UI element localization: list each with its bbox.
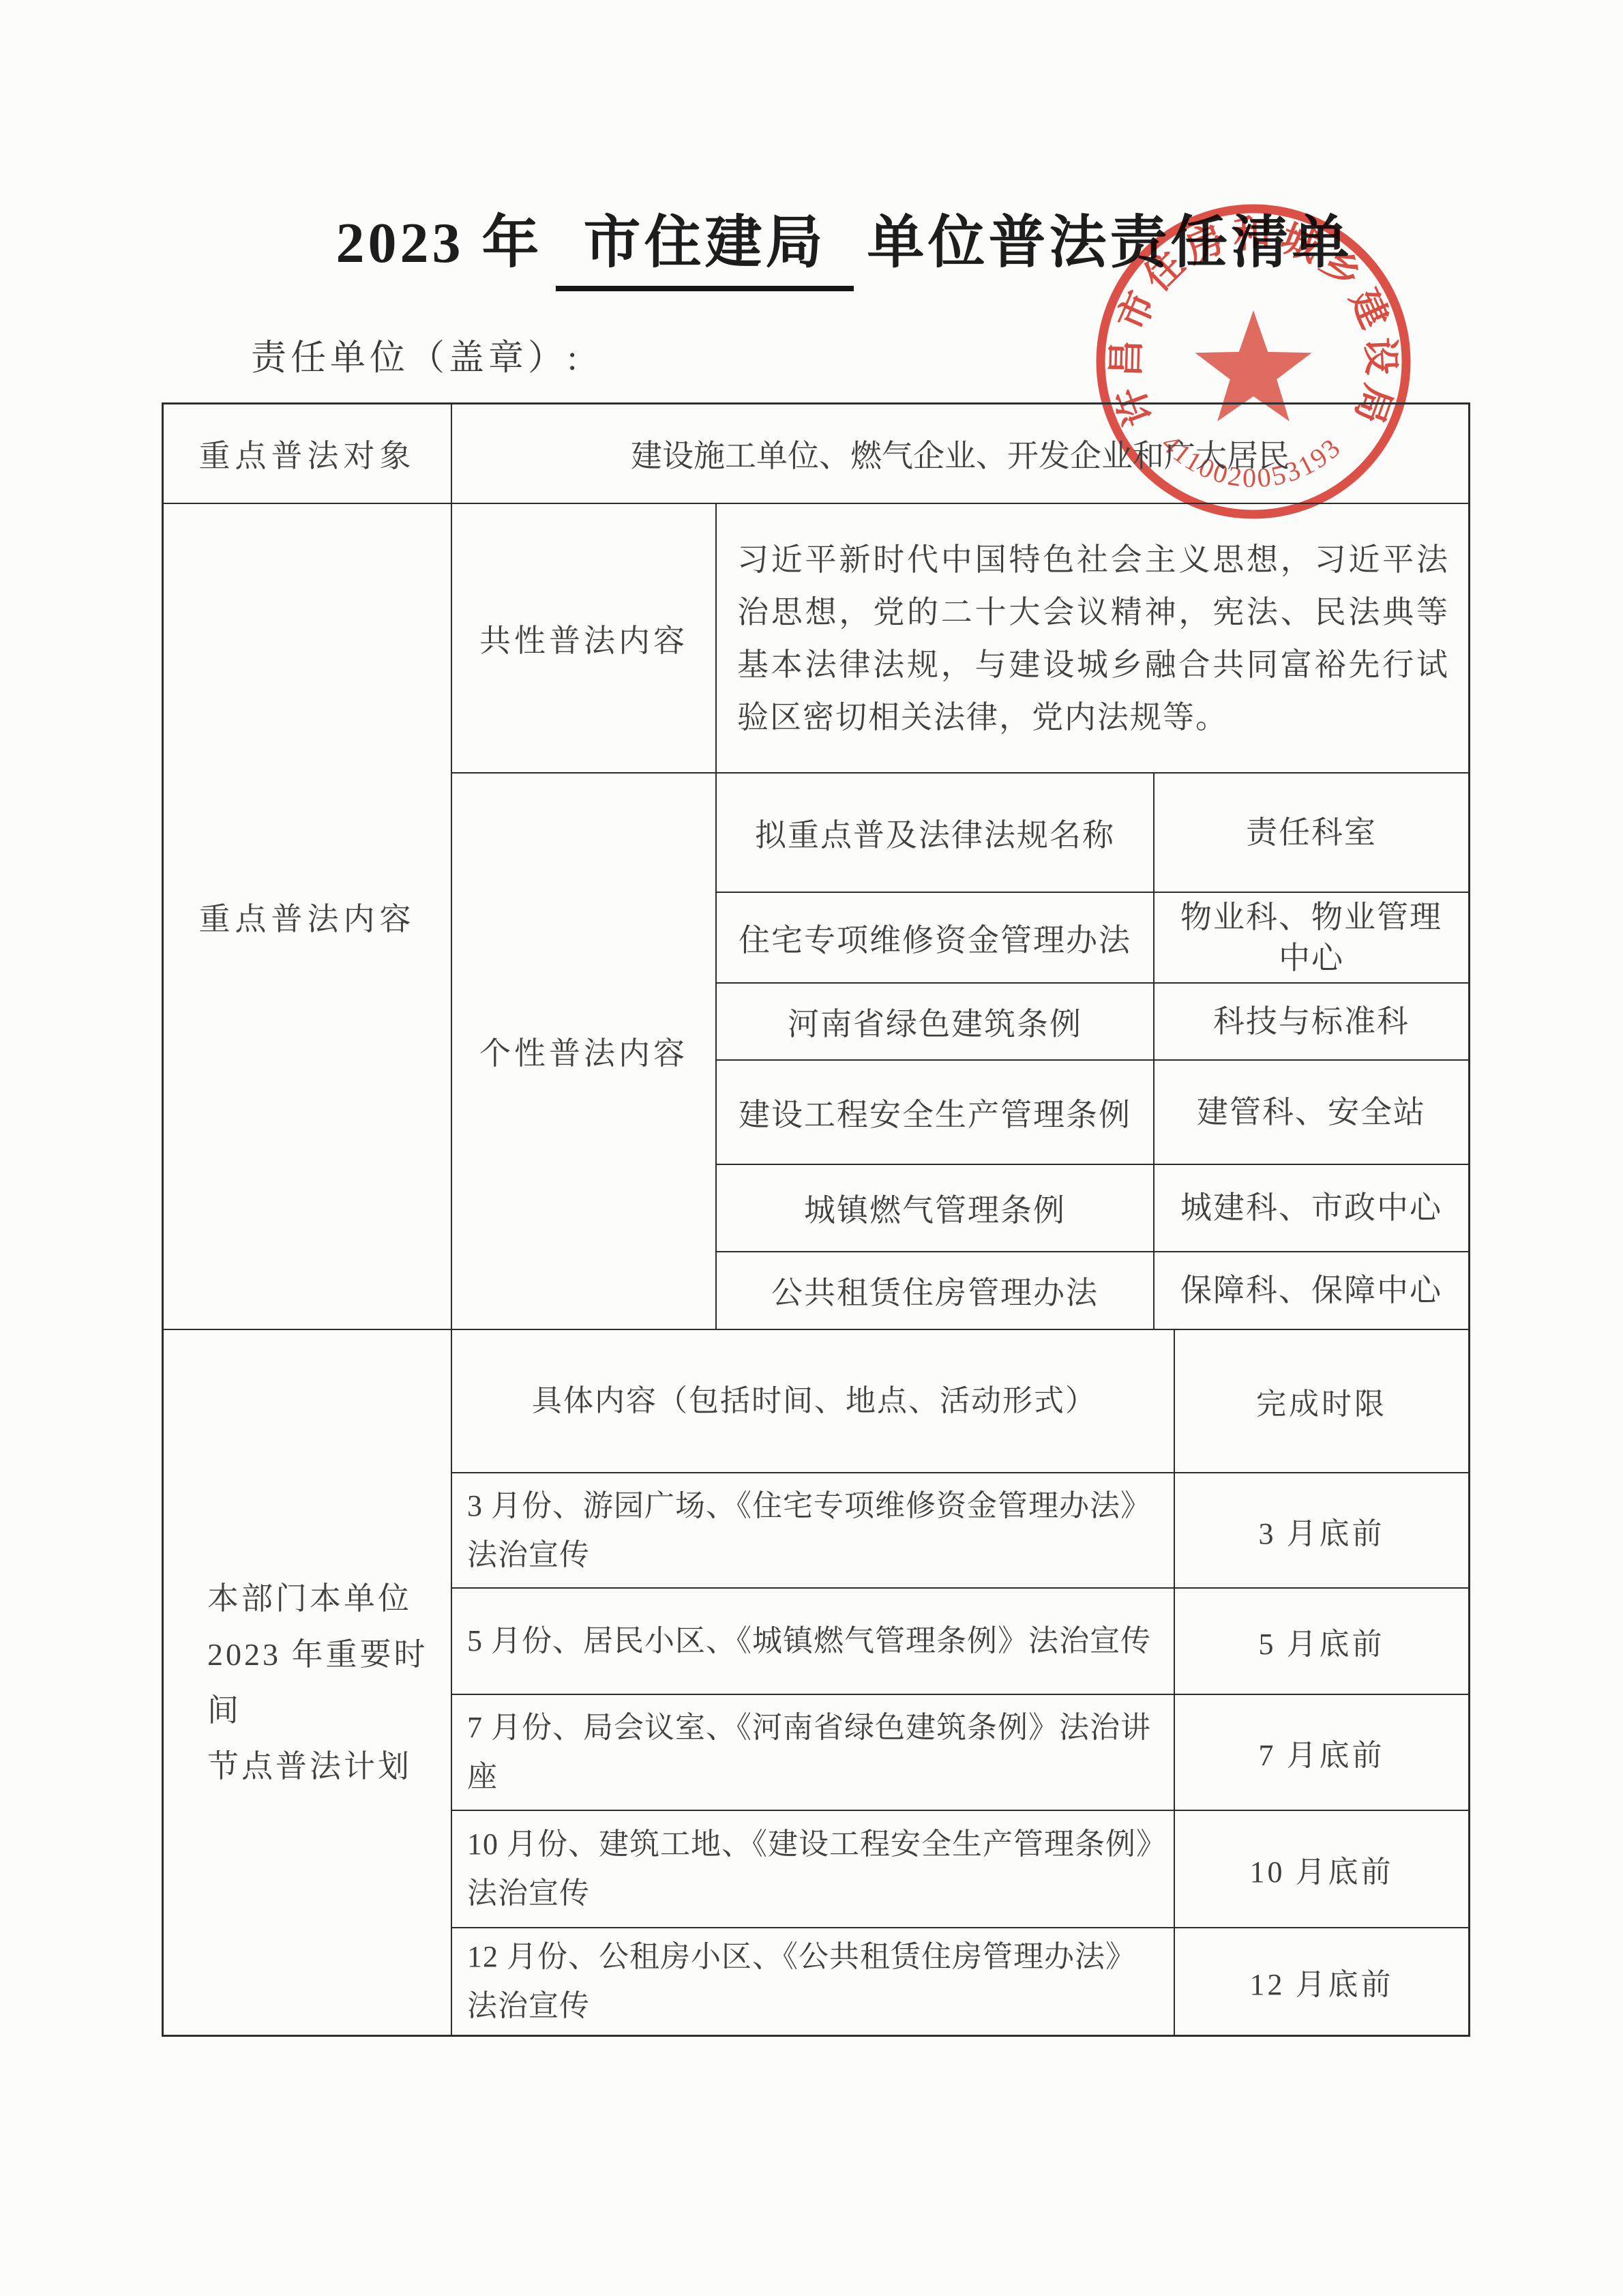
title-rest: 单位普法责任清单 bbox=[863, 196, 1357, 279]
plan-content-cell: 7 月份、局会议室、《河南省绿色建筑条例》法治讲座 bbox=[452, 1695, 1175, 1810]
content-type-column: 共性普法内容 个性普法内容 bbox=[452, 504, 717, 1329]
target-label-cell: 重点普法对象 bbox=[164, 404, 452, 503]
section-plan: 本部门本单位 2023 年重要时间 节点普法计划 具体内容（包括时间、地点、活动… bbox=[164, 1329, 1468, 2035]
plan-content-cell: 5 月份、居民小区、《城镇燃气管理条例》法治宣传 bbox=[452, 1589, 1175, 1694]
plan-deadline-cell: 7 月底前 bbox=[1175, 1695, 1468, 1810]
law-name-cell: 建设工程安全生产管理条例 bbox=[717, 1061, 1155, 1164]
document-page: 2023 年 市住建局 单位普法责任清单 责任单位（盖章）: 许昌市住房和城乡建… bbox=[0, 0, 1623, 2296]
table-row: 10 月份、建筑工地、《建设工程安全生产管理条例》法治宣传 10 月底前 bbox=[452, 1810, 1468, 1927]
plan-content-header: 具体内容（包括时间、地点、活动形式） bbox=[452, 1330, 1175, 1472]
section-content: 重点普法内容 共性普法内容 个性普法内容 习近平新时代中国特色社会主义思想，习近… bbox=[164, 503, 1468, 1329]
table-row: 7 月份、局会议室、《河南省绿色建筑条例》法治讲座 7 月底前 bbox=[452, 1694, 1468, 1810]
title-bureau-underlined: 市住建局 bbox=[556, 196, 853, 291]
law-name-header: 拟重点普及法律法规名称 bbox=[717, 774, 1155, 892]
responsibility-table: 重点普法对象 建设施工单位、燃气企业、开发企业和广大居民 重点普法内容 共性普法… bbox=[162, 402, 1470, 2037]
law-name-cell: 河南省绿色建筑条例 bbox=[717, 984, 1155, 1059]
subtable-header-row: 拟重点普及法律法规名称 责任科室 bbox=[717, 774, 1468, 892]
plan-deadline-header: 完成时限 bbox=[1175, 1330, 1468, 1472]
page-title: 2023 年 市住建局 单位普法责任清单 bbox=[33, 196, 1623, 291]
title-year: 2023 年 bbox=[331, 196, 546, 279]
law-name-cell: 住宅专项维修资金管理办法 bbox=[717, 893, 1155, 982]
common-content-label: 共性普法内容 bbox=[452, 504, 715, 774]
plan-label-line: 本部门本单位 bbox=[207, 1571, 451, 1627]
stamp-label: 责任单位（盖章）: bbox=[251, 329, 581, 380]
table-row: 城镇燃气管理条例 城建科、市政中心 bbox=[717, 1164, 1468, 1251]
table-row: 5 月份、居民小区、《城镇燃气管理条例》法治宣传 5 月底前 bbox=[452, 1587, 1468, 1694]
target-value-cell: 建设施工单位、燃气企业、开发企业和广大居民 bbox=[452, 404, 1468, 503]
plan-section-label: 本部门本单位 2023 年重要时间 节点普法计划 bbox=[164, 1330, 452, 2035]
specific-content-label: 个性普法内容 bbox=[452, 774, 715, 1329]
law-name-cell: 公共租赁住房管理办法 bbox=[717, 1252, 1155, 1329]
plan-deadline-cell: 3 月底前 bbox=[1175, 1473, 1468, 1587]
dept-cell: 保障科、保障中心 bbox=[1155, 1252, 1468, 1329]
dept-cell: 物业科、物业管理中心 bbox=[1155, 893, 1468, 982]
dept-cell: 城建科、市政中心 bbox=[1155, 1165, 1468, 1251]
content-detail-column: 习近平新时代中国特色社会主义思想，习近平法治思想，党的二十大会议精神，宪法、民法… bbox=[717, 504, 1468, 1329]
dept-header: 责任科室 bbox=[1155, 774, 1468, 892]
table-row: 建设工程安全生产管理条例 建管科、安全站 bbox=[717, 1059, 1468, 1164]
content-section-label: 重点普法内容 bbox=[164, 504, 452, 1329]
dept-cell: 建管科、安全站 bbox=[1155, 1061, 1468, 1164]
row-target: 重点普法对象 建设施工单位、燃气企业、开发企业和广大居民 bbox=[164, 404, 1468, 503]
plan-label-line: 2023 年重要时间 bbox=[207, 1627, 451, 1739]
table-row: 公共租赁住房管理办法 保障科、保障中心 bbox=[717, 1251, 1468, 1329]
law-name-cell: 城镇燃气管理条例 bbox=[717, 1165, 1155, 1251]
table-row: 河南省绿色建筑条例 科技与标准科 bbox=[717, 982, 1468, 1059]
plan-content-cell: 3 月份、游园广场、《住宅专项维修资金管理办法》法治宣传 bbox=[452, 1473, 1175, 1587]
plan-content-cell: 12 月份、公租房小区、《公共租赁住房管理办法》法治宣传 bbox=[452, 1928, 1175, 2035]
table-row: 3 月份、游园广场、《住宅专项维修资金管理办法》法治宣传 3 月底前 bbox=[452, 1472, 1468, 1587]
common-content-paragraph: 习近平新时代中国特色社会主义思想，习近平法治思想，党的二十大会议精神，宪法、民法… bbox=[717, 504, 1468, 774]
plan-detail-column: 具体内容（包括时间、地点、活动形式） 完成时限 3 月份、游园广场、《住宅专项维… bbox=[452, 1330, 1468, 2035]
table-row: 住宅专项维修资金管理办法 物业科、物业管理中心 bbox=[717, 892, 1468, 982]
plan-deadline-cell: 5 月底前 bbox=[1175, 1589, 1468, 1694]
dept-cell: 科技与标准科 bbox=[1155, 984, 1468, 1059]
plan-deadline-cell: 10 月底前 bbox=[1175, 1811, 1468, 1927]
plan-content-cell: 10 月份、建筑工地、《建设工程安全生产管理条例》法治宣传 bbox=[452, 1811, 1175, 1927]
plan-label-line: 节点普法计划 bbox=[207, 1739, 451, 1795]
specific-content-subtable: 拟重点普及法律法规名称 责任科室 住宅专项维修资金管理办法 物业科、物业管理中心… bbox=[717, 774, 1468, 1329]
plan-deadline-cell: 12 月底前 bbox=[1175, 1928, 1468, 2035]
table-row: 12 月份、公租房小区、《公共租赁住房管理办法》法治宣传 12 月底前 bbox=[452, 1927, 1468, 2035]
plan-header-row: 具体内容（包括时间、地点、活动形式） 完成时限 bbox=[452, 1330, 1468, 1472]
